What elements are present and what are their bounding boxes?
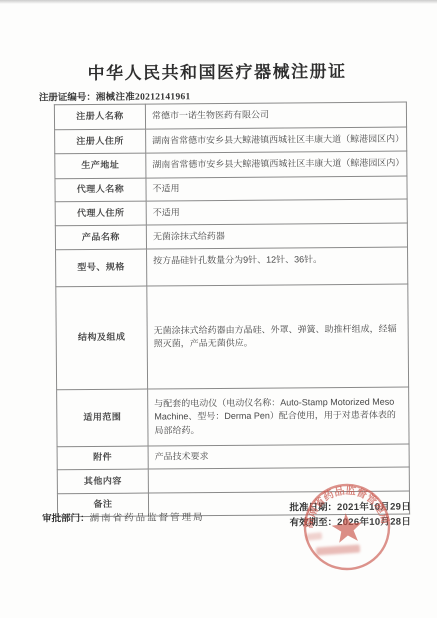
row-label: 注册人住所 [55,129,146,154]
row-label: 结构及组成 [56,286,148,390]
row-label: 注册人名称 [54,104,145,130]
row-label: 其他内容 [57,469,148,494]
page-title: 中华人民共和国医疗器械注册证 [0,56,436,84]
table-row: 其他内容 [57,467,409,494]
row-value: 无菌涂抹式给药器 [146,223,407,249]
row-value [148,467,409,493]
table-row: 注册人住所 湖南省常德市安乡县大鲸港镇西城社区丰康大道（鲸港园区内） [55,127,407,154]
row-value: 产品技术要求 [148,444,409,469]
table-row: 产品名称 无菌涂抹式给药器 [55,223,407,250]
table-row: 型号、规格 按方晶硅针孔数量分为9针、12针、36针。 [56,247,408,287]
row-value: 无菌涂抹式给药器由方晶硅、外罩、弹簧、助推杆组成，经辐照灭菌，产品无菌供应。 [147,284,409,389]
row-value: 不适用 [146,199,407,225]
table-row: 结构及组成 无菌涂抹式给药器由方晶硅、外罩、弹簧、助推杆组成，经辐照灭菌，产品无… [56,284,409,390]
table-row: 代理人住所 不适用 [55,199,407,226]
valid-until-value: 2026年10月28日 [337,517,411,529]
table-row: 注册人名称 常德市一诺生物医药有限公司 [54,102,406,130]
row-label: 产品名称 [55,225,146,250]
row-value: 湖南省常德市安乡县大鲸港镇西城社区丰康大道（鲸港园区内） [146,151,407,178]
table-row: 附件 产品技术要求 [57,444,409,470]
row-value: 不适用 [146,176,407,201]
certificate-number-line: 注册证编号：湘械注准20212141961 [39,88,191,103]
certificate-number-label: 注册证编号： [39,92,96,103]
row-label: 生产地址 [55,153,146,179]
approval-date-line: 批准日期：2021年10月29日 [289,499,411,515]
row-label: 型号、规格 [56,249,147,287]
approval-date-value: 2021年10月29日 [337,501,411,513]
row-label: 代理人住所 [55,201,146,226]
table-row: 代理人名称 不适用 [55,176,407,202]
row-value: 按方晶硅针孔数量分为9针、12针、36针。 [147,247,408,286]
row-label: 附件 [57,446,148,470]
certificate-number: 湘械注准20212141961 [96,92,191,103]
row-label: 代理人名称 [55,178,146,202]
table-row: 生产地址 湖南省常德市安乡县大鲸港镇西城社区丰康大道（鲸港园区内） [55,151,407,179]
certificate-table: 注册人名称 常德市一诺生物医药有限公司 注册人住所 湖南省常德市安乡县大鲸港镇西… [54,102,410,518]
table-row: 适用范围 与配套的电动仪（电动仪名称：Auto-Stamp Motorized … [57,387,409,447]
row-value: 与配套的电动仪（电动仪名称：Auto-Stamp Motorized Meso … [148,387,409,446]
valid-until-label: 有效期至： [290,517,338,528]
approval-department-value: 湖南省药品监督管理局 [90,512,205,524]
row-value: 常德市一诺生物医药有限公司 [145,102,406,129]
approval-department-label: 审批部门： [42,513,90,524]
row-value: 湖南省常德市安乡县大鲸港镇西城社区丰康大道（鲸港园区内） [146,127,407,153]
valid-until-line: 有效期至：2026年10月28日 [290,515,412,531]
dates-block: 批准日期：2021年10月29日 有效期至：2026年10月28日 [289,499,411,530]
row-label: 适用范围 [57,389,148,447]
approval-date-label: 批准日期： [289,502,337,513]
certificate-page: 中华人民共和国医疗器械注册证 注册证编号：湘械注准20212141961 注册人… [0,0,437,618]
approval-department-line: 审批部门：湖南省药品监督管理局 [42,509,205,524]
